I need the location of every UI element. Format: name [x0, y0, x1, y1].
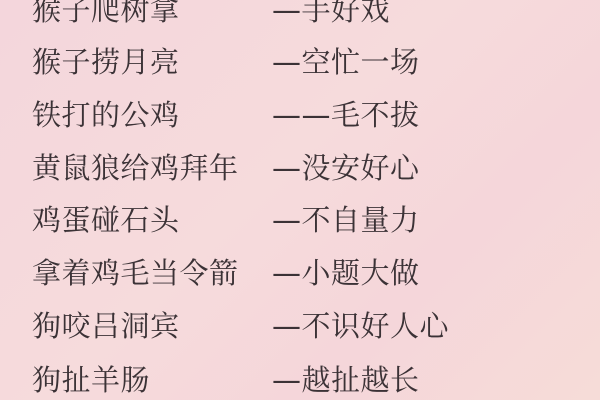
idiom-phrase: 猴子捞月亮 — [32, 40, 180, 84]
idiom-phrase: 狗扯羊肠 — [32, 358, 150, 400]
idiom-phrase: 猴子爬树拿 — [32, 0, 180, 32]
idiom-row: 拿着鸡毛当令箭 —小题大做 — [0, 251, 600, 295]
idiom-phrase: 拿着鸡毛当令箭 — [32, 251, 239, 295]
idiom-row: 铁打的公鸡 ——毛不拔 — [0, 93, 600, 137]
idiom-meaning: —不自量力 — [272, 198, 420, 242]
idiom-row: 猴子爬树拿 —手好戏 — [0, 0, 600, 32]
idiom-row: 狗咬吕洞宾 —不识好人心 — [0, 304, 600, 348]
idiom-row: 狗扯羊肠 —越扯越长 — [0, 358, 600, 400]
idiom-row: 鸡蛋碰石头 —不自量力 — [0, 198, 600, 242]
idiom-row: 黄鼠狼给鸡拜年 —没安好心 — [0, 146, 600, 190]
idiom-phrase: 狗咬吕洞宾 — [32, 304, 180, 348]
idiom-phrase: 鸡蛋碰石头 — [32, 198, 180, 242]
idiom-meaning: —手好戏 — [272, 0, 390, 32]
idiom-meaning: ——毛不拔 — [272, 93, 420, 137]
idiom-meaning: —越扯越长 — [272, 358, 420, 400]
idiom-meaning: —不识好人心 — [272, 304, 449, 348]
idiom-meaning: —小题大做 — [272, 251, 420, 295]
idiom-meaning: —没安好心 — [272, 146, 420, 190]
idiom-list: 猴子爬树拿 —手好戏 猴子捞月亮 —空忙一场 铁打的公鸡 ——毛不拔 黄鼠狼给鸡… — [0, 0, 600, 400]
idiom-row: 猴子捞月亮 —空忙一场 — [0, 40, 600, 84]
idiom-meaning: —空忙一场 — [272, 40, 420, 84]
idiom-phrase: 黄鼠狼给鸡拜年 — [32, 146, 239, 190]
idiom-phrase: 铁打的公鸡 — [32, 93, 180, 137]
